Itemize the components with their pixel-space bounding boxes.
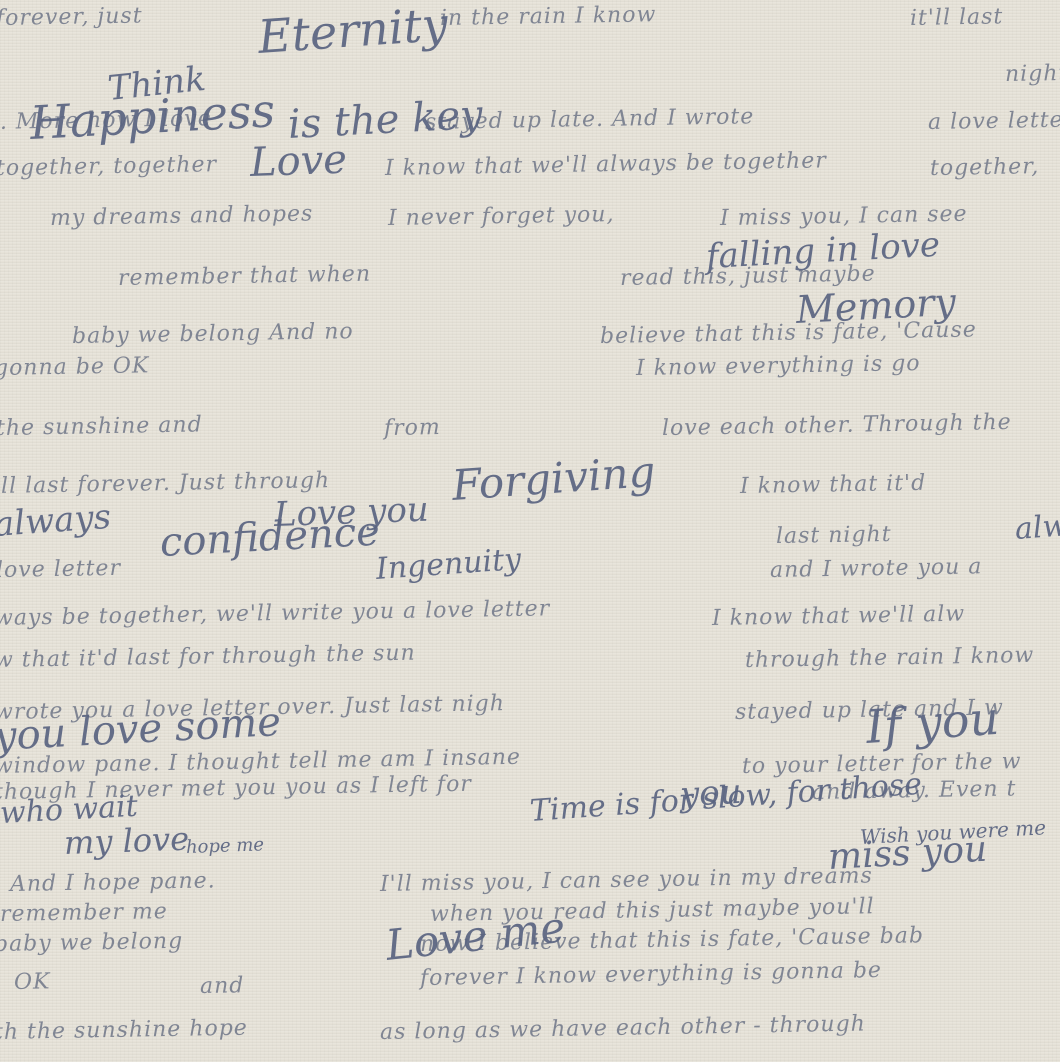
script-line: as long as we have each other - through [380, 1012, 866, 1045]
script-line: my dreams and hopes [50, 201, 314, 231]
script-line: last night [776, 522, 892, 549]
script-line: and I wrote you a [770, 554, 983, 583]
stamped-word: Happiness [29, 83, 277, 150]
stamped-word: miss you [827, 829, 988, 878]
stamped-word: always [1014, 504, 1060, 546]
stamped-word: Forgiving [450, 446, 657, 509]
script-line: th the sunshine hope [0, 1016, 248, 1045]
script-line: through the rain I know [745, 643, 1035, 673]
script-line: remember me [0, 899, 168, 927]
script-line: I know that we'll always be together [385, 148, 827, 181]
script-line: together, [930, 154, 1040, 181]
script-line: baby we belong [0, 929, 183, 957]
script-line: love letter [0, 556, 121, 583]
stamped-word: Eternity [256, 0, 449, 63]
script-line: OK [14, 969, 51, 995]
script-line: I never forget you, [388, 202, 615, 231]
script-line: and [200, 973, 245, 999]
script-line: from [384, 415, 441, 441]
stamped-word: Ingenuity [375, 541, 522, 586]
script-line: the sunshine and [0, 412, 203, 441]
script-line: I'll miss you, I can see you in my dream… [380, 863, 873, 897]
script-line: w that it'd last for through the sun [0, 641, 416, 673]
stamped-word: hope me [186, 834, 265, 858]
script-line: in the rain I know [440, 2, 657, 31]
script-line: love each other. Through the [662, 410, 1012, 441]
script-line: remember that when [118, 262, 371, 291]
script-line: a love letter [928, 107, 1060, 135]
stamped-word: Love [249, 137, 347, 186]
script-line: ways be together, we'll write you a love… [0, 596, 550, 631]
script-line: I know that it'd [740, 471, 927, 499]
stamped-word: always [0, 496, 112, 544]
script-line: I know that we'll alw [712, 602, 966, 631]
stamped-word: falling in love [705, 224, 941, 276]
script-line: together, together [0, 152, 217, 181]
handwritten-script-wallpaper: forever, justin the rain I knowit'll las… [0, 0, 1060, 1062]
stamped-word: If you [864, 690, 1001, 753]
script-line: gonna be OK [0, 353, 150, 381]
stamped-word: Love me [383, 902, 567, 970]
script-line: forever, just [0, 3, 143, 31]
script-line: I know everything is go [636, 351, 921, 381]
stamped-word: my love [63, 820, 189, 862]
script-line: And I hope pane. [10, 868, 216, 897]
script-line: night [1005, 61, 1060, 87]
script-line: forever I know everything is gonna be [420, 958, 882, 991]
script-line: it'll last [910, 4, 1004, 31]
stamped-word: confidence [159, 509, 381, 566]
stamped-word: Memory [795, 279, 957, 331]
script-line: baby we belong And no [72, 319, 354, 349]
